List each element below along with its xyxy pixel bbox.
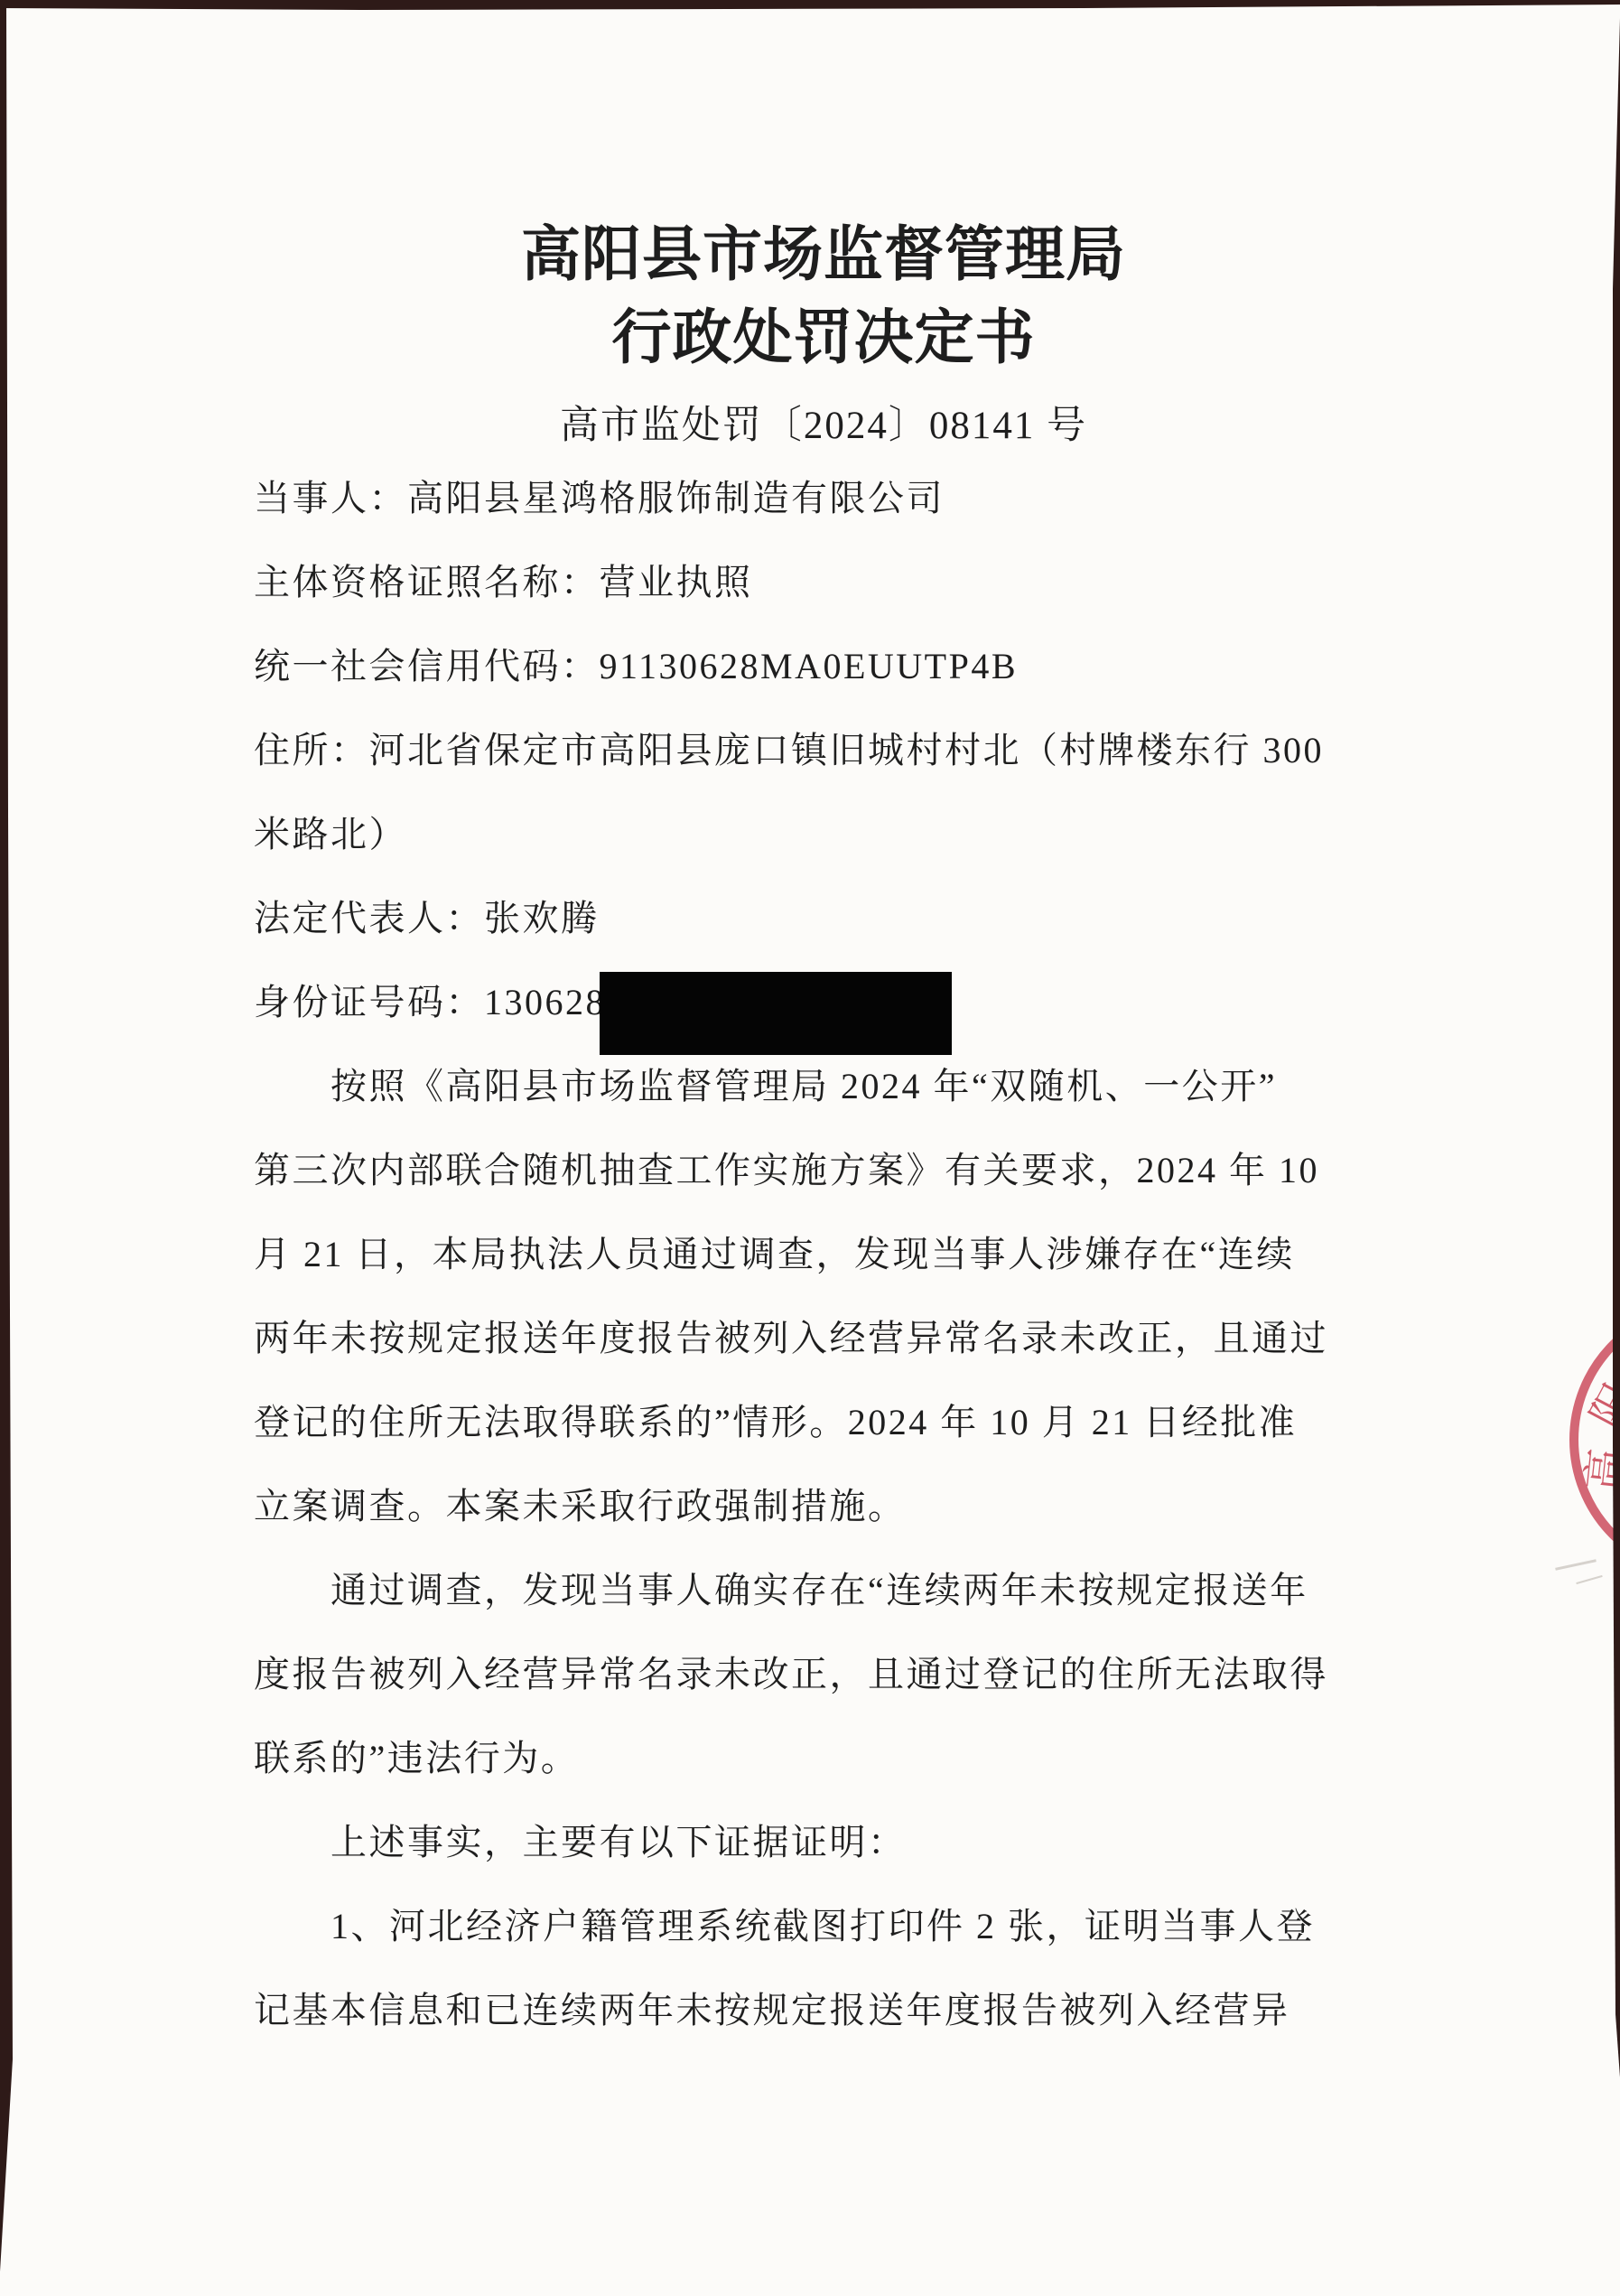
scan-edge-top — [0, 0, 1620, 13]
authority-title: 高阳县市场监督管理局 — [27, 226, 1620, 285]
body-line: 米路北） — [254, 812, 1392, 896]
scanned-document-page: 高阳县市场监督管理局 行政处罚决定书 高市监处罚〔2024〕08141 号 当事… — [0, 0, 1620, 2296]
body-line: 当事人：高阳县星鸿格服饰制造有限公司 — [254, 476, 1392, 560]
official-stamp-ring — [1569, 1301, 1620, 1579]
scan-edge-left — [0, 0, 20, 2296]
body-line: 度报告被列入经营异常名录未改正，且通过登记的住所无法取得 — [254, 1652, 1392, 1736]
body-line: 第三次内部联合随机抽查工作实施方案》有关要求，2024 年 10 — [254, 1148, 1392, 1232]
body-line: 记基本信息和已连续两年未按规定报送年度报告被列入经营异 — [254, 1988, 1392, 2072]
body-line: 法定代表人：张欢腾 — [254, 896, 1392, 980]
body-line: 联系的”违法行为。 — [254, 1736, 1392, 1820]
body-line: 住所：河北省保定市高阳县庞口镇旧城村村北（村牌楼东行 300 — [254, 728, 1392, 812]
body-line: 登记的住所无法取得联系的”情形。2024 年 10 月 21 日经批准 — [254, 1400, 1392, 1484]
document-number: 高市监处罚〔2024〕08141 号 — [27, 406, 1620, 445]
redaction-box — [600, 972, 952, 1055]
body-line: 1、河北经济户籍管理系统截图打印件 2 张，证明当事人登 — [254, 1904, 1392, 1988]
body-line: 按照《高阳县市场监督管理局 2024 年“双随机、一公开” — [254, 1064, 1392, 1148]
body-line: 立案调查。本案未采取行政强制措施。 — [254, 1484, 1392, 1568]
document-body: 当事人：高阳县星鸿格服饰制造有限公司主体资格证照名称：营业执照统一社会信用代码：… — [254, 476, 1392, 2072]
body-line: 上述事实，主要有以下证据证明： — [254, 1820, 1392, 1904]
pencil-scuff-mark — [1555, 1559, 1597, 1570]
document-type-title: 行政处罚决定书 — [27, 309, 1620, 369]
pencil-scuff-mark — [1576, 1575, 1602, 1584]
body-line: 两年未按规定报送年度报告被列入经营异常名录未改正，且通过 — [254, 1316, 1392, 1400]
body-line: 月 21 日，本局执法人员通过调查，发现当事人涉嫌存在“连续 — [254, 1232, 1392, 1316]
body-line: 统一社会信用代码：91130628MA0EUUTP4B — [254, 644, 1392, 728]
body-line: 通过调查，发现当事人确实存在“连续两年未按规定报送年 — [254, 1568, 1392, 1652]
body-line: 主体资格证照名称：营业执照 — [254, 560, 1392, 644]
